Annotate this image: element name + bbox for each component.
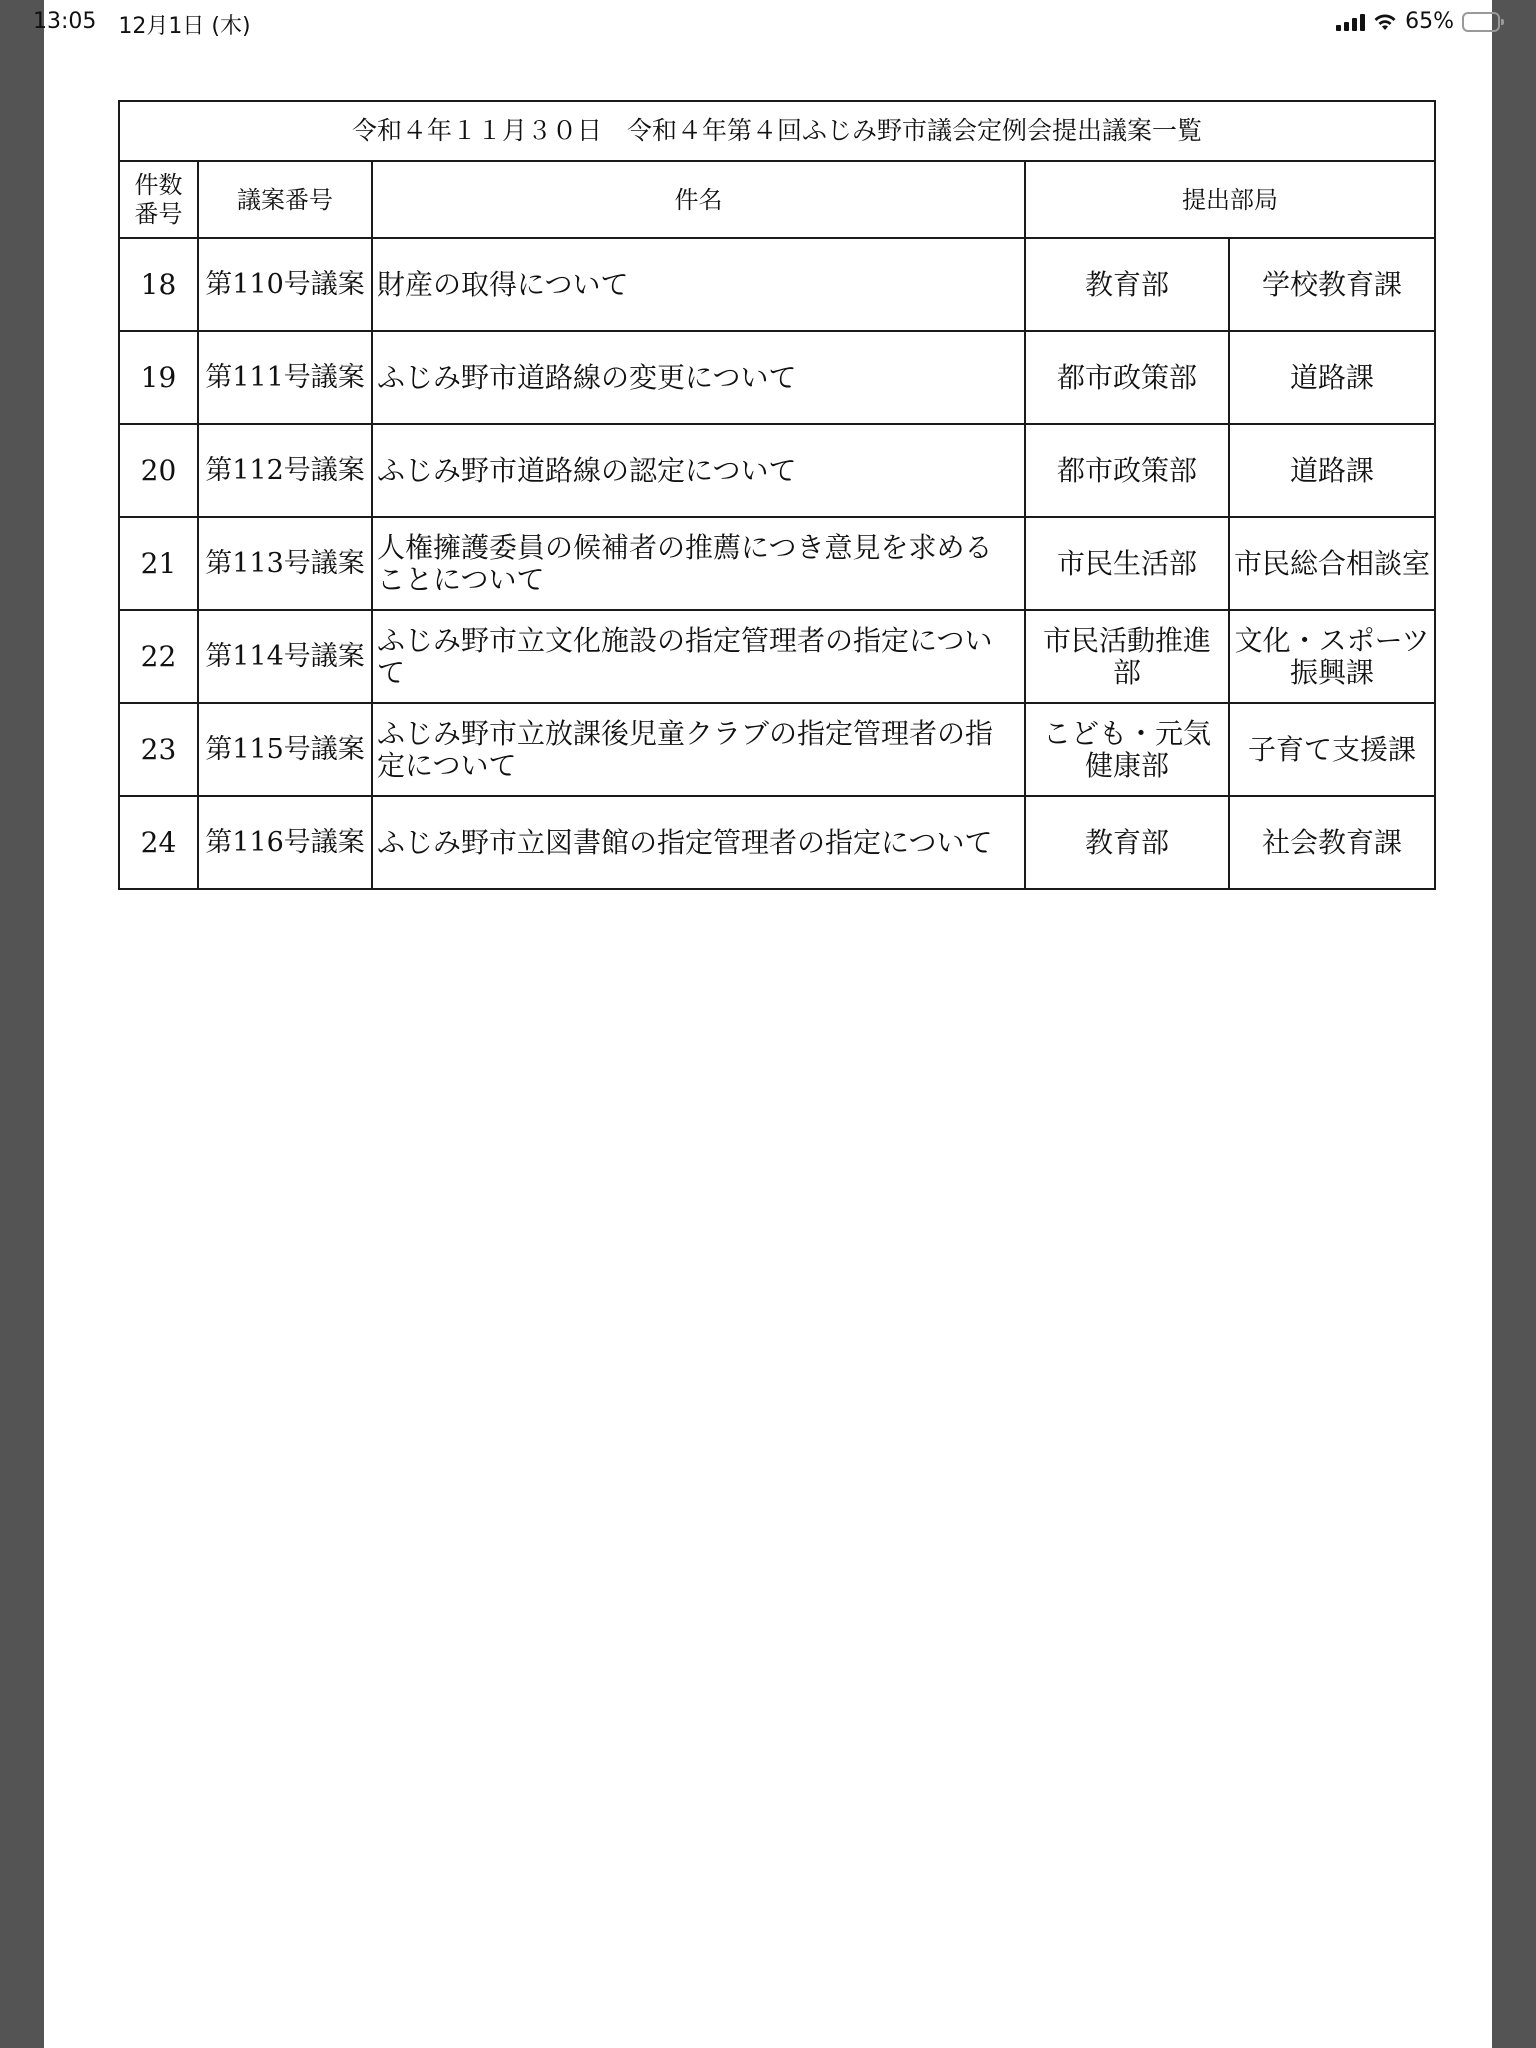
table-row: 19 第111号議案 ふじみ野市道路線の変更について 都市政策部 道路課 [119, 331, 1435, 424]
bill-number: 第111号議案 [198, 331, 372, 424]
department: 市民活動推進部 [1025, 610, 1229, 703]
document-title: 令和４年１１月３０日 令和４年第４回ふじみ野市議会定例会提出議案一覧 [119, 101, 1435, 161]
bill-number: 第110号議案 [198, 238, 372, 331]
department: 教育部 [1025, 796, 1229, 889]
department: 都市政策部 [1025, 331, 1229, 424]
left-gutter [0, 0, 44, 2048]
bill-number: 第112号議案 [198, 424, 372, 517]
status-time: 13:05 [33, 9, 96, 40]
bill-subject: 財産の取得について [372, 238, 1025, 331]
bill-subject: ふじみ野市立図書館の指定管理者の指定について [372, 796, 1025, 889]
table-row: 22 第114号議案 ふじみ野市立文化施設の指定管理者の指定について 市民活動推… [119, 610, 1435, 703]
signal-icon [1336, 13, 1365, 31]
title-row: 令和４年１１月３０日 令和４年第４回ふじみ野市議会定例会提出議案一覧 [119, 101, 1435, 161]
item-number: 21 [119, 517, 198, 610]
item-number: 20 [119, 424, 198, 517]
bill-list-table: 令和４年１１月３０日 令和４年第４回ふじみ野市議会定例会提出議案一覧 件数 番号… [118, 100, 1436, 890]
bill-number: 第116号議案 [198, 796, 372, 889]
item-number: 19 [119, 331, 198, 424]
department: 市民生活部 [1025, 517, 1229, 610]
battery-percent: 65% [1405, 9, 1454, 34]
item-number: 18 [119, 238, 198, 331]
bill-number: 第113号議案 [198, 517, 372, 610]
table-row: 20 第112号議案 ふじみ野市道路線の認定について 都市政策部 道路課 [119, 424, 1435, 517]
section: 市民総合相談室 [1229, 517, 1435, 610]
bill-subject: 人権擁護委員の候補者の推薦につき意見を求めることについて [372, 517, 1025, 610]
table-row: 21 第113号議案 人権擁護委員の候補者の推薦につき意見を求めることについて … [119, 517, 1435, 610]
bill-subject: ふじみ野市立文化施設の指定管理者の指定について [372, 610, 1025, 703]
right-gutter [1492, 0, 1536, 2048]
battery-icon [1462, 12, 1500, 32]
section: 道路課 [1229, 424, 1435, 517]
bill-subject: ふじみ野市道路線の認定について [372, 424, 1025, 517]
header-item-number: 件数 番号 [119, 161, 198, 238]
status-bar: 13:05 12月1日 (木) 65% [0, 0, 1536, 48]
table-row: 24 第116号議案 ふじみ野市立図書館の指定管理者の指定について 教育部 社会… [119, 796, 1435, 889]
department: こども・元気健康部 [1025, 703, 1229, 796]
table-row: 18 第110号議案 財産の取得について 教育部 学校教育課 [119, 238, 1435, 331]
department: 都市政策部 [1025, 424, 1229, 517]
header-subject: 件名 [372, 161, 1025, 238]
section: 子育て支援課 [1229, 703, 1435, 796]
item-number: 22 [119, 610, 198, 703]
item-number: 23 [119, 703, 198, 796]
department: 教育部 [1025, 238, 1229, 331]
bill-subject: ふじみ野市立放課後児童クラブの指定管理者の指定について [372, 703, 1025, 796]
item-number: 24 [119, 796, 198, 889]
section: 文化・スポーツ振興課 [1229, 610, 1435, 703]
table-row: 23 第115号議案 ふじみ野市立放課後児童クラブの指定管理者の指定について こ… [119, 703, 1435, 796]
bill-number: 第115号議案 [198, 703, 372, 796]
section: 社会教育課 [1229, 796, 1435, 889]
header-row: 件数 番号 議案番号 件名 提出部局 [119, 161, 1435, 238]
wifi-icon [1373, 13, 1397, 31]
header-submitting-department: 提出部局 [1025, 161, 1435, 238]
bill-number: 第114号議案 [198, 610, 372, 703]
section: 学校教育課 [1229, 238, 1435, 331]
status-date: 12月1日 (木) [118, 9, 250, 40]
header-bill-number: 議案番号 [198, 161, 372, 238]
bill-subject: ふじみ野市道路線の変更について [372, 331, 1025, 424]
section: 道路課 [1229, 331, 1435, 424]
